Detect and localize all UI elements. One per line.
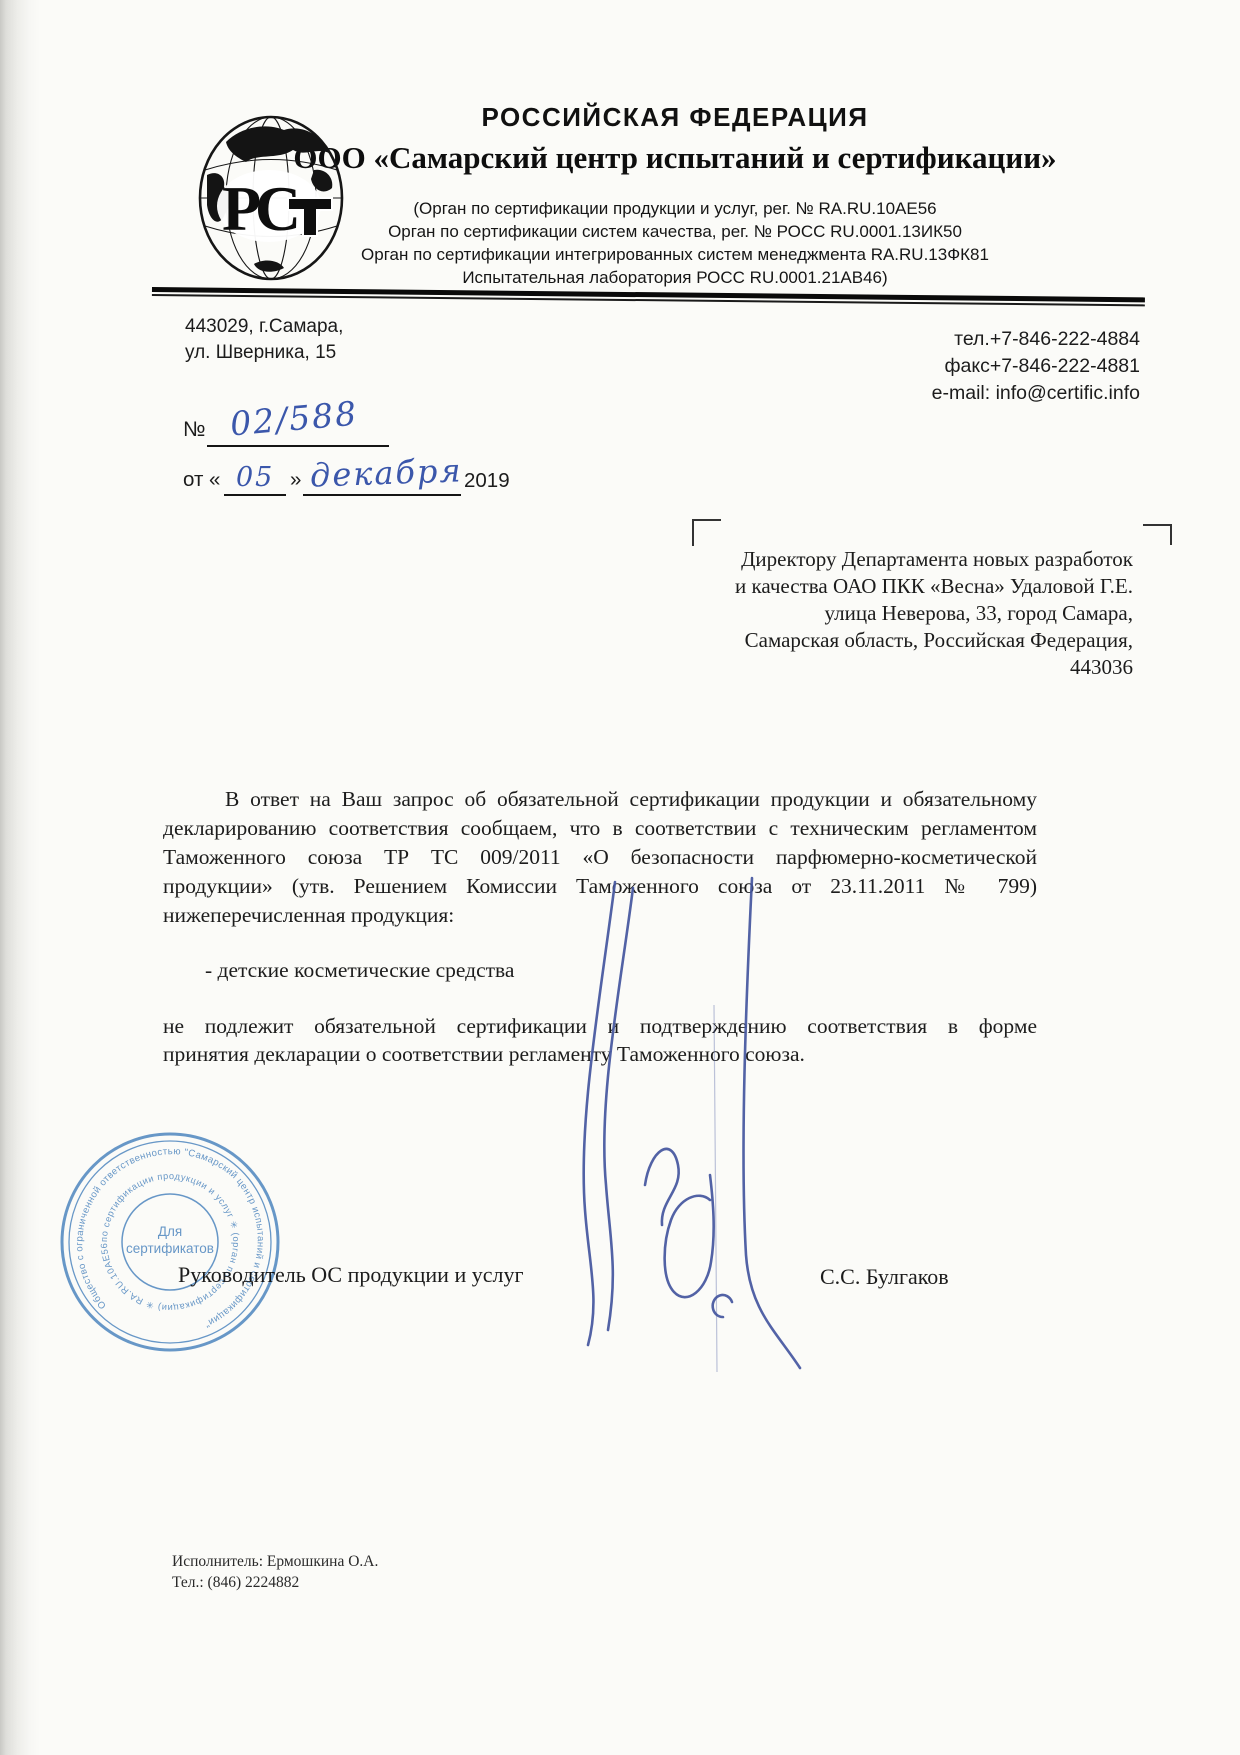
- text-line: 443036: [573, 654, 1133, 681]
- ref-number-handwritten: 02/588: [229, 393, 360, 443]
- logo-letters: РС: [222, 173, 297, 244]
- ref-number-label: №: [183, 418, 206, 442]
- footer-executor: Исполнитель: Ермошкина О.А.: [172, 1551, 378, 1572]
- scan-left-edge: [0, 0, 40, 1755]
- text-line: факс+7-846-222-4881: [720, 353, 1140, 380]
- date-year: 2019: [464, 469, 510, 493]
- certification-round-stamp: Общество с ограниченной ответственностью…: [56, 1128, 284, 1356]
- recipient-block: Директору Департамента новых разработоки…: [573, 546, 1133, 681]
- handwritten-signature: [560, 870, 820, 1380]
- rst-globe-logo-icon: РС: [196, 112, 346, 284]
- scanned-letter-page: { "doc": { "header": { "country": "РОССИ…: [0, 0, 1240, 1755]
- sender-address-line: 443029, г.Самара,: [185, 314, 343, 340]
- date-month-handwritten: декабря: [309, 451, 463, 494]
- stamp-center-line1: Для: [158, 1224, 182, 1239]
- ref-number-underline: [207, 445, 389, 447]
- sender-address-line: ул. Шверника, 15: [185, 340, 343, 366]
- header-divider-rule: [152, 287, 1145, 312]
- date-day-handwritten: 05: [236, 462, 274, 493]
- date-from-label: от «: [183, 468, 220, 492]
- text-line: В ответ на Ваш запрос об обязательной се…: [163, 785, 1037, 814]
- text-line: декларированию соответствия сообщаем, чт…: [163, 814, 1037, 843]
- sender-address-block: 443029, г.Самара, ул. Шверника, 15: [185, 314, 343, 366]
- address-corner-bracket-right: [1143, 524, 1172, 545]
- text-line: Самарская область, Российская Федерация,: [573, 627, 1133, 654]
- text-line: и качества ОАО ПКК «Весна» Удаловой Г.Е.: [573, 573, 1133, 600]
- address-corner-bracket-left: [692, 519, 721, 546]
- stamp-center-line2: сертификатов: [126, 1241, 214, 1256]
- date-quote-close: »: [290, 468, 301, 492]
- date-month-underline: [303, 494, 461, 496]
- signoff-name: С.С. Булгаков: [820, 1264, 949, 1290]
- footer-phone: Тел.: (846) 2224882: [172, 1572, 378, 1593]
- text-line: улица Неверова, 33, город Самара,: [573, 600, 1133, 627]
- text-line: Директору Департамента новых разработок: [573, 546, 1133, 573]
- text-line: Таможенного союза ТР ТС 009/2011 «О безо…: [163, 843, 1037, 872]
- text-line: e-mail: info@certific.info: [720, 380, 1140, 407]
- date-day-underline: [224, 494, 286, 496]
- footer-block: Исполнитель: Ермошкина О.А. Тел.: (846) …: [172, 1551, 378, 1593]
- sender-contacts-block: тел.+7-846-222-4884факс+7-846-222-4881e-…: [720, 326, 1140, 407]
- text-line: тел.+7-846-222-4884: [720, 326, 1140, 353]
